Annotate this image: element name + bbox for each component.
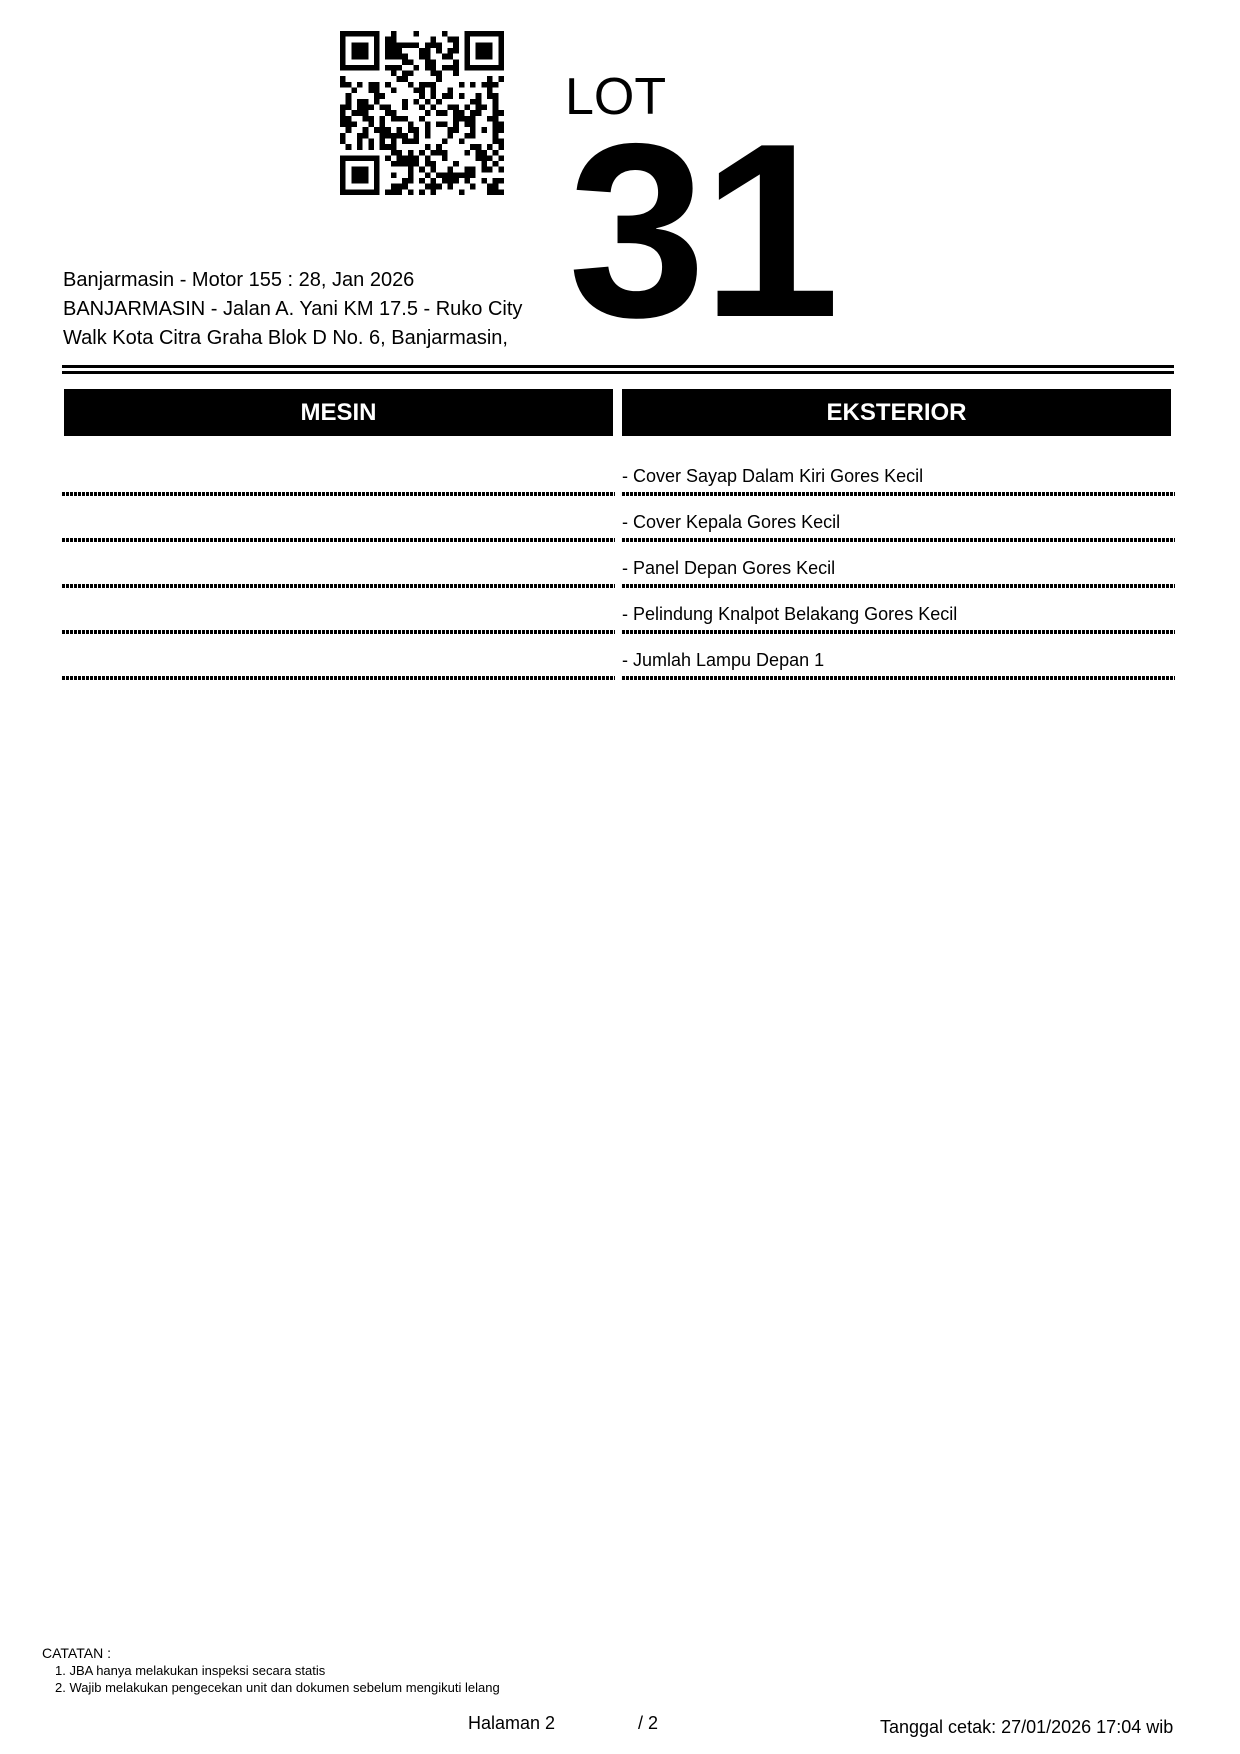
table-row: - Cover Sayap Dalam Kiri Gores Kecil <box>0 450 1240 496</box>
table-row: - Panel Depan Gores Kecil <box>0 542 1240 588</box>
double-rule-bottom <box>62 371 1174 374</box>
note-item: 1. JBA hanya melakukan inspeksi secara s… <box>55 1663 325 1679</box>
lot-number: 31 <box>568 100 836 360</box>
dotted-divider <box>62 676 615 680</box>
auction-title: Banjarmasin - Motor 155 : 28, Jan 2026 <box>63 267 414 293</box>
address-line-1: BANJARMASIN - Jalan A. Yani KM 17.5 - Ru… <box>63 296 522 322</box>
page-label: Halaman 2 <box>468 1713 555 1734</box>
cell-eksterior: - Pelindung Knalpot Belakang Gores Kecil <box>622 604 957 624</box>
qr-code-icon <box>340 31 504 195</box>
address-line-2: Walk Kota Citra Graha Blok D No. 6, Banj… <box>63 325 508 351</box>
column-header-eksterior: EKSTERIOR <box>622 389 1171 436</box>
notes-title: CATATAN : <box>42 1645 111 1662</box>
cell-eksterior: - Panel Depan Gores Kecil <box>622 558 835 578</box>
dotted-divider <box>622 676 1175 680</box>
table-row: - Pelindung Knalpot Belakang Gores Kecil <box>0 588 1240 634</box>
double-rule-top <box>62 365 1174 368</box>
cell-eksterior: - Cover Kepala Gores Kecil <box>622 512 840 532</box>
note-item: 2. Wajib melakukan pengecekan unit dan d… <box>55 1680 500 1696</box>
print-date: Tanggal cetak: 27/01/2026 17:04 wib <box>880 1717 1173 1738</box>
cell-eksterior: - Cover Sayap Dalam Kiri Gores Kecil <box>622 466 923 486</box>
cell-eksterior: - Jumlah Lampu Depan 1 <box>622 650 824 670</box>
page-total: / 2 <box>638 1713 658 1734</box>
table-row: - Cover Kepala Gores Kecil <box>0 496 1240 542</box>
column-header-mesin: MESIN <box>64 389 613 436</box>
table-row: - Jumlah Lampu Depan 1 <box>0 634 1240 680</box>
